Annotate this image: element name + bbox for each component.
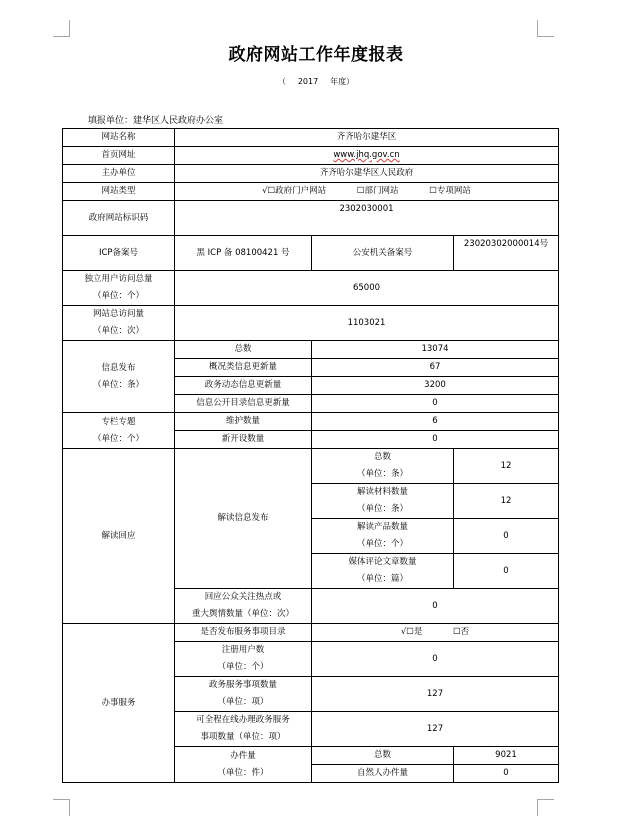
columns-row-label: 维护数量 xyxy=(175,413,312,431)
columns-label: 专栏专题（单位：个） xyxy=(63,413,175,449)
page-corner-mark xyxy=(53,20,70,37)
online-items-label: 可全程在线办理政务服务事项数量（单位：项） xyxy=(175,712,312,747)
handled-natural-label: 自然人办件量 xyxy=(312,765,454,783)
info-release-row-label: 信息公开目录信息更新量 xyxy=(175,395,312,413)
site-type-special-checkbox[interactable]: ☐专项网站 xyxy=(429,186,471,196)
interp-title: 解读材料数量 xyxy=(312,484,453,501)
online-items-value: 127 xyxy=(312,712,559,747)
subtitle-suffix: 年度） xyxy=(330,77,354,86)
registered-value: 0 xyxy=(312,642,559,677)
columns-unit: （单位：个） xyxy=(63,431,174,448)
icp-value: 黑 ICP 备 08100421 号 xyxy=(175,236,312,271)
home-url-value: www.jhq.gov.cn xyxy=(175,147,559,165)
page-subtitle: （2017年度） xyxy=(0,76,632,87)
unique-visitors-unit: （单位：个） xyxy=(63,288,174,305)
interp-title: 总数 xyxy=(312,449,453,466)
site-type-options: √☐政府门户网站 ☐部门网站 ☐专项网站 xyxy=(175,183,559,201)
report-table: 网站名称 齐齐哈尔建华区 首页网址 www.jhq.gov.cn 主办单位 齐齐… xyxy=(62,128,559,783)
site-name-label: 网站名称 xyxy=(63,129,175,147)
sponsor-value: 齐齐哈尔建华区人民政府 xyxy=(175,165,559,183)
interp-unit: （单位：篇） xyxy=(312,571,453,588)
site-type-portal-checkbox[interactable]: √☐政府门户网站 xyxy=(262,186,326,196)
police-record-value: 23020302000014号 xyxy=(454,236,559,271)
police-record-label: 公安机关备案号 xyxy=(312,236,454,271)
handled-title: 办件量 xyxy=(175,748,311,765)
columns-title: 专栏专题 xyxy=(63,414,174,431)
reporting-unit: 填报单位：建华区人民政府办公室 xyxy=(88,113,223,126)
interpretation-row-label: 解读产品数量（单位：个） xyxy=(312,519,454,554)
interp-title: 解读产品数量 xyxy=(312,519,453,536)
handled-label: 办件量（单位：件） xyxy=(175,747,312,783)
page-title: 政府网站工作年度报表 xyxy=(0,40,632,65)
info-release-row-label: 总数 xyxy=(175,341,312,359)
catalog-no-checkbox[interactable]: ☐否 xyxy=(453,627,469,637)
info-release-label: 信息发布（单位：条） xyxy=(63,341,175,413)
subtitle-year: 2017 xyxy=(298,77,318,86)
sponsor-label: 主办单位 xyxy=(63,165,175,183)
handled-natural-value: 0 xyxy=(454,765,559,783)
interp-unit: （单位：个） xyxy=(312,536,453,553)
info-release-row-value: 13074 xyxy=(312,341,559,359)
interp-title: 媒体评论文章数量 xyxy=(312,554,453,571)
total-visits-value: 1103021 xyxy=(175,306,559,341)
catalog-options: √☐是 ☐否 xyxy=(312,624,559,642)
response-label: 回应公众关注热点或重大舆情数量（单位：次） xyxy=(175,589,312,624)
site-id-label: 政府网站标识码 xyxy=(63,201,175,236)
interpretation-row-label: 媒体评论文章数量（单位：篇） xyxy=(312,554,454,589)
interpretation-row-value: 12 xyxy=(454,449,559,484)
columns-row-label: 新开设数量 xyxy=(175,431,312,449)
columns-row-value: 6 xyxy=(312,413,559,431)
home-url-link[interactable]: www.jhq.gov.cn xyxy=(333,150,399,160)
info-release-row-value: 0 xyxy=(312,395,559,413)
interpretation-row-label: 解读材料数量（单位：条） xyxy=(312,484,454,519)
handled-total-label: 总数 xyxy=(312,747,454,765)
page-corner-mark xyxy=(537,799,554,816)
service-items-label: 政务服务事项数量（单位：项） xyxy=(175,677,312,712)
icp-label: ICP备案号 xyxy=(63,236,175,271)
info-release-row-label: 概况类信息更新量 xyxy=(175,359,312,377)
interp-unit: （单位：条） xyxy=(312,466,453,483)
info-release-title: 信息发布 xyxy=(63,360,174,377)
registered-title: 注册用户数 xyxy=(175,642,311,659)
registered-label: 注册用户数（单位：个） xyxy=(175,642,312,677)
response-unit: 重大舆情数量（单位：次） xyxy=(175,606,311,623)
site-type-department-checkbox[interactable]: ☐部门网站 xyxy=(357,186,399,196)
site-type-label: 网站类型 xyxy=(63,183,175,201)
info-release-row-value: 67 xyxy=(312,359,559,377)
online-items-title: 可全程在线办理政务服务 xyxy=(175,712,311,729)
unique-visitors-label: 独立用户访问总量（单位：个） xyxy=(63,271,175,306)
info-release-unit: （单位：条） xyxy=(63,377,174,394)
total-visits-unit: （单位：次） xyxy=(63,323,174,340)
interpretation-row-value: 0 xyxy=(454,554,559,589)
total-visits-title: 网站总访问量 xyxy=(63,306,174,323)
interpretation-label: 解读回应 xyxy=(63,449,175,624)
interpretation-row-label: 总数（单位：条） xyxy=(312,449,454,484)
response-title: 回应公众关注热点或 xyxy=(175,589,311,606)
page-corner-mark xyxy=(537,20,554,37)
interpretation-sub-label: 解读信息发布 xyxy=(175,449,312,589)
home-url-label: 首页网址 xyxy=(63,147,175,165)
info-release-row-label: 政务动态信息更新量 xyxy=(175,377,312,395)
service-items-unit: （单位：项） xyxy=(175,694,311,711)
interpretation-row-value: 0 xyxy=(454,519,559,554)
handled-unit: （单位：件） xyxy=(175,765,311,782)
registered-unit: （单位：个） xyxy=(175,659,311,676)
catalog-label: 是否发布服务事项目录 xyxy=(175,624,312,642)
interp-unit: （单位：条） xyxy=(312,501,453,518)
response-value: 0 xyxy=(312,589,559,624)
columns-row-value: 0 xyxy=(312,431,559,449)
catalog-yes-checkbox[interactable]: √☐是 xyxy=(401,627,423,637)
services-label: 办事服务 xyxy=(63,624,175,783)
online-items-unit: 事项数量（单位：项） xyxy=(175,729,311,746)
total-visits-label: 网站总访问量（单位：次） xyxy=(63,306,175,341)
site-name-value: 齐齐哈尔建华区 xyxy=(175,129,559,147)
service-items-title: 政务服务事项数量 xyxy=(175,677,311,694)
handled-total-value: 9021 xyxy=(454,747,559,765)
service-items-value: 127 xyxy=(312,677,559,712)
page-corner-mark xyxy=(53,799,70,816)
unique-visitors-value: 65000 xyxy=(175,271,559,306)
site-id-value: 2302030001 xyxy=(175,201,559,236)
interpretation-row-value: 12 xyxy=(454,484,559,519)
subtitle-open: （ xyxy=(278,77,286,86)
info-release-row-value: 3200 xyxy=(312,377,559,395)
unique-visitors-title: 独立用户访问总量 xyxy=(63,271,174,288)
